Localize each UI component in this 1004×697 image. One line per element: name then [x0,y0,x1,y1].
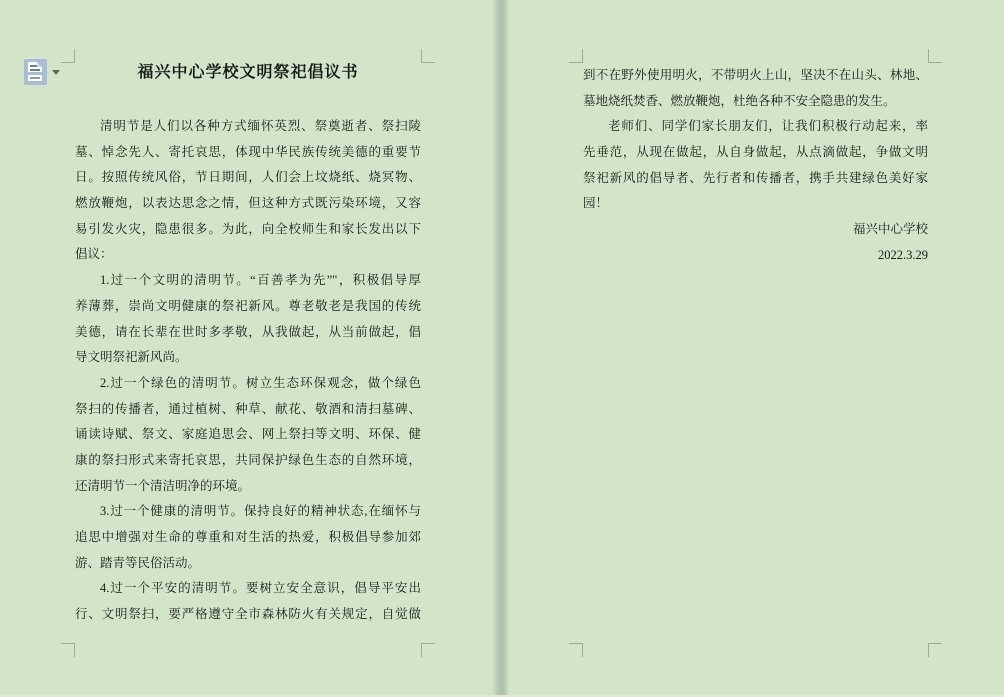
body-line: 先垂范，从现在做起，从自身做起，从点滴做起，争做文明 [583,140,928,166]
signature-line: 福兴中心学校 [583,217,928,243]
body-line: 到不在野外使用明火，不带明火上山，坚决不在山头、林地、 [583,63,928,89]
body-line: 2.过一个绿色的清明节。树立生态环保观念，做个绿色 [75,371,421,397]
body-line: 倡议： [75,242,421,268]
body-line: 游、踏青等民俗活动。 [75,551,421,577]
dropdown-arrow-icon[interactable] [52,70,60,75]
body-line: 3.过一个健康的清明节。保持良好的精神状态,在缅怀与 [75,499,421,525]
margin-mark-top-left [569,49,583,63]
blank-line [75,88,421,114]
body-line: 1.过一个文明的清明节。“百善孝为先”"，积极倡导厚 [75,268,421,294]
margin-mark-top-right [928,49,942,63]
page-gap-shadow [492,0,510,695]
page-1[interactable]: 福兴中心学校文明祭祀倡议书 清明节是人们以各种方式缅怀英烈、祭奠逝者、祭扫陵 墓… [0,0,493,695]
document-title: 福兴中心学校文明祭祀倡议书 [75,58,421,88]
body-line: 老师们、同学们家长朋友们，让我们积极行动起来，率 [583,114,928,140]
body-line: 诵读诗赋、祭文、家庭追思会、网上祭扫等文明、环保、健 [75,422,421,448]
document-sheet-glyph [28,62,42,81]
body-line: 墓地烧纸焚香、燃放鞭炮，杜绝各种不安全隐患的发生。 [583,89,928,115]
body-line: 清明节是人们以各种方式缅怀英烈、祭奠逝者、祭扫陵 [75,114,421,140]
body-line: 墓、悼念先人、寄托哀思，体现中华民族传统美德的重要节 [75,140,421,166]
body-line: 追思中增强对生命的尊重和对生活的热爱，积极倡导参加郊 [75,525,421,551]
margin-mark-top-right [421,49,435,63]
page-fold-corner [37,62,42,67]
margin-mark-bottom-right [421,643,435,657]
page-1-text-area[interactable]: 福兴中心学校文明祭祀倡议书 清明节是人们以各种方式缅怀英烈、祭奠逝者、祭扫陵 墓… [75,58,421,628]
page-2[interactable]: 到不在野外使用明火，不带明火上山，坚决不在山头、林地、 墓地烧纸焚香、燃放鞭炮，… [509,0,1004,695]
body-line: 康的祭扫形式来寄托哀思，共同保护绿色生态的自然环境， [75,448,421,474]
body-line: 日。按照传统风俗，节日期间，人们会上坟烧纸、烧冥物、 [75,165,421,191]
page-2-text-area[interactable]: 到不在野外使用明火，不带明火上山，坚决不在山头、林地、 墓地烧纸焚香、燃放鞭炮，… [583,63,928,269]
body-line: 燃放鞭炮，以表达思念之情，但这种方式既污染环境，又容 [75,191,421,217]
document-canvas: { "colors": { "page_background": "#d2e5c… [0,0,1004,697]
body-line: 祭扫的传播者，通过植树、种草、献花、敬酒和清扫墓碑、 [75,397,421,423]
body-line: 4.过一个平安的清明节。要树立安全意识，倡导平安出 [75,576,421,602]
body-line: 易引发火灾，隐患很多。为此，向全校师生和家长发出以下 [75,217,421,243]
margin-mark-bottom-right [928,643,942,657]
body-line: 园！ [583,191,928,217]
body-line: 祭祀新风的倡导者、先行者和传播者，携手共建绿色美好家 [583,166,928,192]
body-line: 行、文明祭扫，要严格遵守全市森林防火有关规定，自觉做 [75,602,421,628]
paste-options-icon[interactable] [24,59,47,85]
body-line: 导文明祭祀新风尚。 [75,345,421,371]
body-line: 美德，请在长辈在世时多孝敬，从我做起，从当前做起，倡 [75,320,421,346]
paste-options-button[interactable] [24,59,64,87]
body-line: 还清明节一个清洁明净的环境。 [75,474,421,500]
margin-mark-bottom-left [61,643,75,657]
margin-mark-bottom-left [569,643,583,657]
date-line: 2022.3.29 [583,243,928,269]
body-line: 养薄葬，崇尚文明健康的祭祀新风。尊老敬老是我国的传统 [75,294,421,320]
